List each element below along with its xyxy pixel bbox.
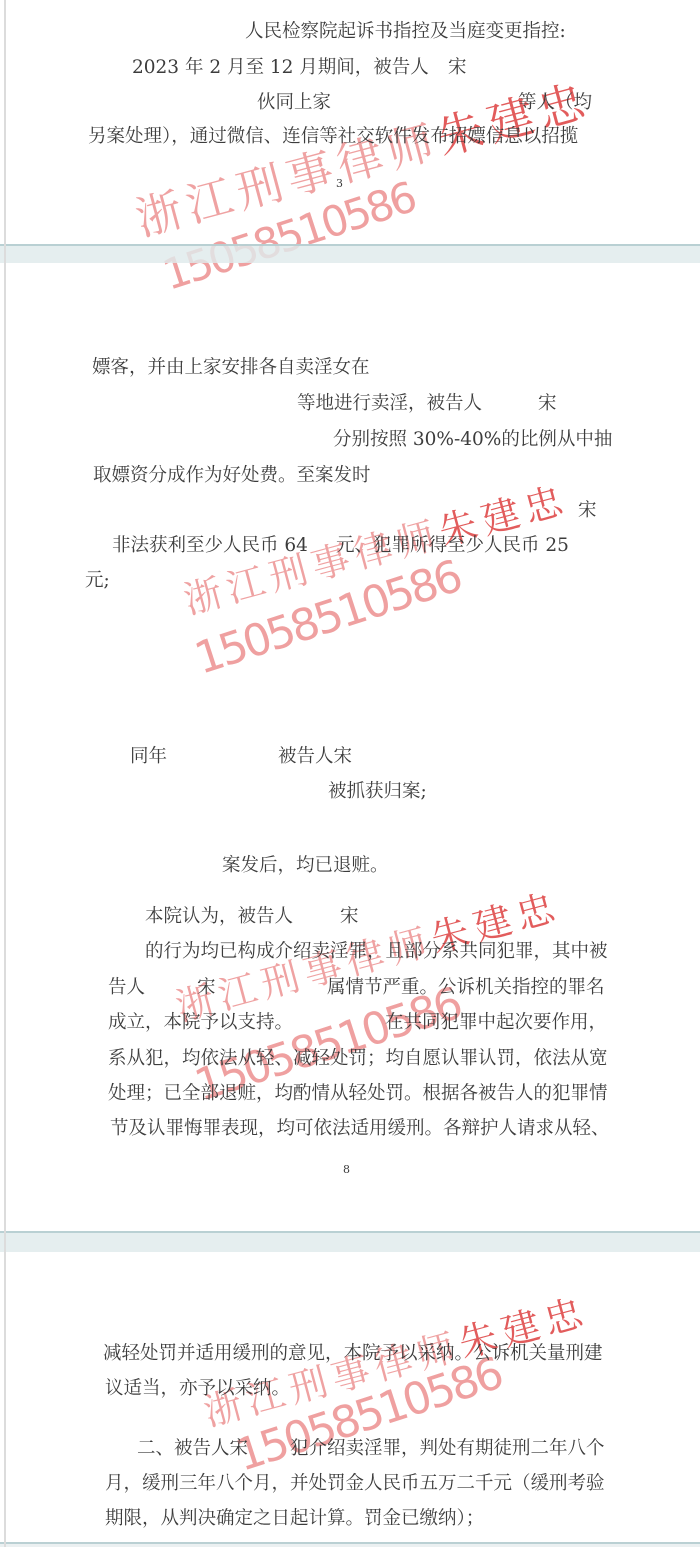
- document-text-line: 宋: [448, 57, 467, 79]
- document-text-line: 案发后，均已退赃。: [222, 855, 389, 877]
- document-text-line: 元、犯罪所得至少人民币 25: [336, 535, 569, 557]
- document-text-line: 另案处理），通过微信、连信等社交软件发布招嫖信息以招揽: [88, 126, 578, 148]
- document-text-line: 二、被告人宋: [137, 1438, 248, 1460]
- document-text-line: 的行为均已构成介绍卖淫罪，且部分系共同犯罪，其中被: [145, 941, 608, 963]
- page-number: 3: [336, 178, 343, 191]
- document-text-line: 等人（均: [518, 92, 592, 114]
- document-text-line: 宋: [340, 906, 359, 928]
- page-number: 8: [343, 1164, 350, 1177]
- document-text-line: 人民检察院起诉书指控及当庭变更指控:: [245, 21, 566, 43]
- document-text-line: 成立，本院予以支持。: [108, 1012, 293, 1034]
- court-judgment-scan-page: 浙江刑事律师朱建忠15058510586浙江刑事律师朱建忠15058510586…: [0, 0, 700, 1547]
- document-text-line: 取嫖资分成作为好处费。至案发时: [93, 465, 371, 487]
- document-text-line: 非法获利至少人民币 64: [112, 535, 308, 557]
- document-text-line: 分别按照 30%-40%的比例从中抽: [333, 429, 612, 451]
- document-text-line: 减轻处罚并适用缓刑的意见，本院予以采纳。公诉机关量刑建: [103, 1343, 603, 1365]
- document-text-line: 议适当，亦予以采纳。: [105, 1378, 290, 1400]
- document-text-layer: 人民检察院起诉书指控及当庭变更指控:2023 年 2 月至 12 月期间，被告人…: [0, 0, 700, 1547]
- document-text-line: 2023 年 2 月至 12 月期间，被告人: [132, 57, 429, 79]
- document-text-line: 宋: [578, 500, 597, 522]
- document-text-line: 被抓获归案;: [328, 781, 427, 803]
- document-text-line: 犯介绍卖淫罪，判处有期徒刑二年八个: [290, 1438, 605, 1460]
- document-text-line: 本院认为，被告人: [145, 906, 293, 928]
- document-text-line: 系从犯，均依法从轻、减轻处罚；均自愿认罪认罚，依法从宽: [108, 1048, 608, 1070]
- document-text-line: 期限，从判决确定之日起计算。罚金已缴纳）；: [105, 1508, 484, 1530]
- document-text-line: 节及认罪悔罪表现，均可依法适用缓刑。各辩护人请求从轻、: [110, 1118, 610, 1140]
- document-text-line: 等地进行卖淫，被告人: [297, 393, 482, 415]
- document-text-line: 处理；已全部退赃，均酌情从轻处罚。根据各被告人的犯罪情: [108, 1083, 608, 1105]
- document-text-line: 伙同上家: [257, 92, 331, 114]
- document-text-line: 嫖客，并由上家安排各自卖淫女在: [92, 357, 370, 379]
- document-text-line: 告人: [108, 977, 145, 999]
- document-text-line: 在共同犯罪中起次要作用，: [385, 1012, 607, 1034]
- document-text-line: 宋: [197, 977, 216, 999]
- document-text-line: 月，缓刑三年八个月，并处罚金人民币五万二千元（缓刑考验: [105, 1473, 605, 1495]
- document-text-line: 被告人宋: [278, 746, 352, 768]
- document-text-line: 属情节严重。公诉机关指控的罪名: [327, 977, 605, 999]
- document-text-line: 宋: [538, 393, 557, 415]
- document-text-line: 元;: [85, 570, 110, 592]
- document-text-line: 同年: [130, 746, 167, 768]
